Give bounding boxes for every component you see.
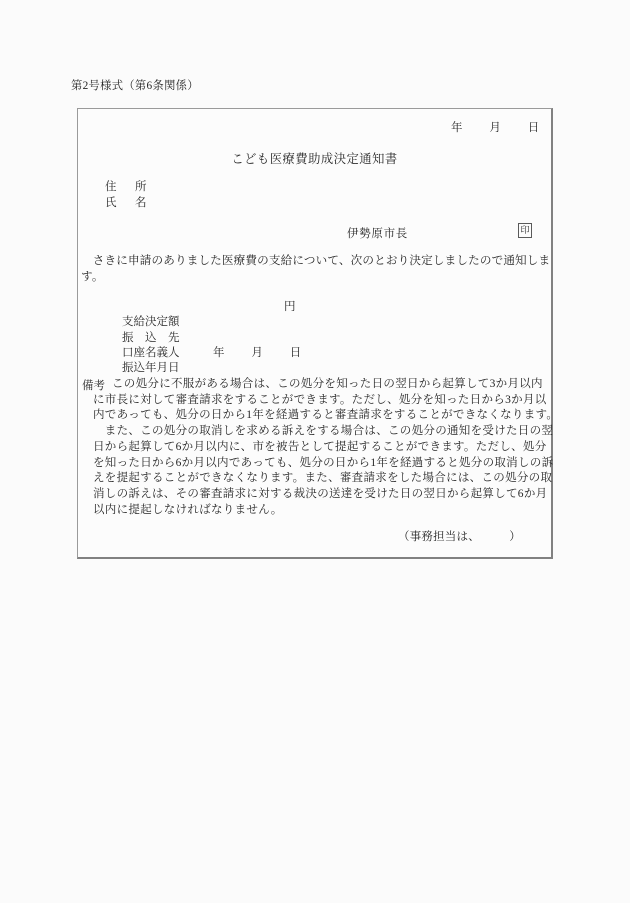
office-contact-note: （事務担当は、 ） bbox=[398, 528, 521, 544]
field-transfer-date-label: 振込年月日 bbox=[122, 362, 180, 374]
issuer-name: 伊勢原市長 bbox=[347, 225, 408, 241]
notice-body: さきに申請のありました医療費の支給について、次のとおり決定しましたので通知しま … bbox=[81, 253, 552, 284]
remarks-line: また、この処分の取消しを求める訴えをする場合は、この処分の通知を受けた日の翌 bbox=[93, 424, 555, 440]
document-title: こども医療費助成決定通知書 bbox=[78, 149, 551, 167]
issue-date-line: 年 月 日 bbox=[451, 119, 541, 135]
remarks-line: えを提起することができなくなります。また、審査請求をした場合には、この処分の取 bbox=[93, 471, 555, 487]
field-amount: 支給決定額 円 bbox=[99, 300, 180, 315]
notice-body-line: す。 bbox=[81, 269, 552, 285]
recipient-block: 住 所 氏 名 bbox=[105, 180, 150, 211]
remarks-line: 消しの訴えは、その審査請求に対する裁決の送達を受けた日の翌日から起算して6か月 bbox=[93, 487, 555, 503]
remarks-block: この処分に不服がある場合は、この処分を知った日の翌日から起算して3か月以内 に市… bbox=[93, 377, 555, 518]
notice-document: 年 月 日 こども医療費助成決定通知書 住 所 氏 名 伊勢原市長 印 さきに申… bbox=[77, 108, 553, 559]
name-label: 氏 名 bbox=[105, 196, 150, 212]
yen-unit-label: 円 bbox=[284, 300, 296, 315]
notice-body-line: さきに申請のありました医療費の支給について、次のとおり決定しましたので通知しま bbox=[81, 253, 552, 269]
remarks-line: 以内に提起しなければなりません。 bbox=[93, 503, 555, 519]
field-transfer-destination: 振 込 先 bbox=[99, 315, 180, 330]
remarks-line: 内であっても、処分の日から1年を経過すると審査請求をすることができなくなります。 bbox=[93, 408, 555, 424]
field-transfer-date: 振込年月日 年 月 日 bbox=[99, 346, 180, 361]
transfer-date-placeholder: 年 月 日 bbox=[213, 346, 303, 361]
field-account-holder: 口座名義人 bbox=[99, 331, 180, 346]
inkan-seal-mark: 印 bbox=[520, 226, 529, 235]
form-number: 第2号様式（第6条関係） bbox=[71, 77, 199, 93]
notice-page: 第2号様式（第6条関係） 年 月 日 こども医療費助成決定通知書 住 所 氏 名… bbox=[0, 0, 630, 903]
remarks-line: 日から起算して6か月以内に、市を被告として提起することができます。ただし、処分 bbox=[93, 440, 555, 456]
inkan-seal-placeholder: 印 bbox=[518, 223, 532, 238]
remarks-line: この処分に不服がある場合は、この処分を知った日の翌日から起算して3か月以内 bbox=[93, 377, 555, 393]
remarks-line: に市長に対して審査請求をすることができます。ただし、処分を知った日から3か月以 bbox=[93, 393, 555, 409]
decision-fields: 支給決定額 円 振 込 先 口座名義人 振込年月日 年 月 日 bbox=[99, 300, 180, 361]
remarks-line: を知った日から6か月以内であっても、処分の日から1年を経過すると処分の取消しの訴 bbox=[93, 456, 555, 472]
address-label: 住 所 bbox=[105, 180, 150, 196]
